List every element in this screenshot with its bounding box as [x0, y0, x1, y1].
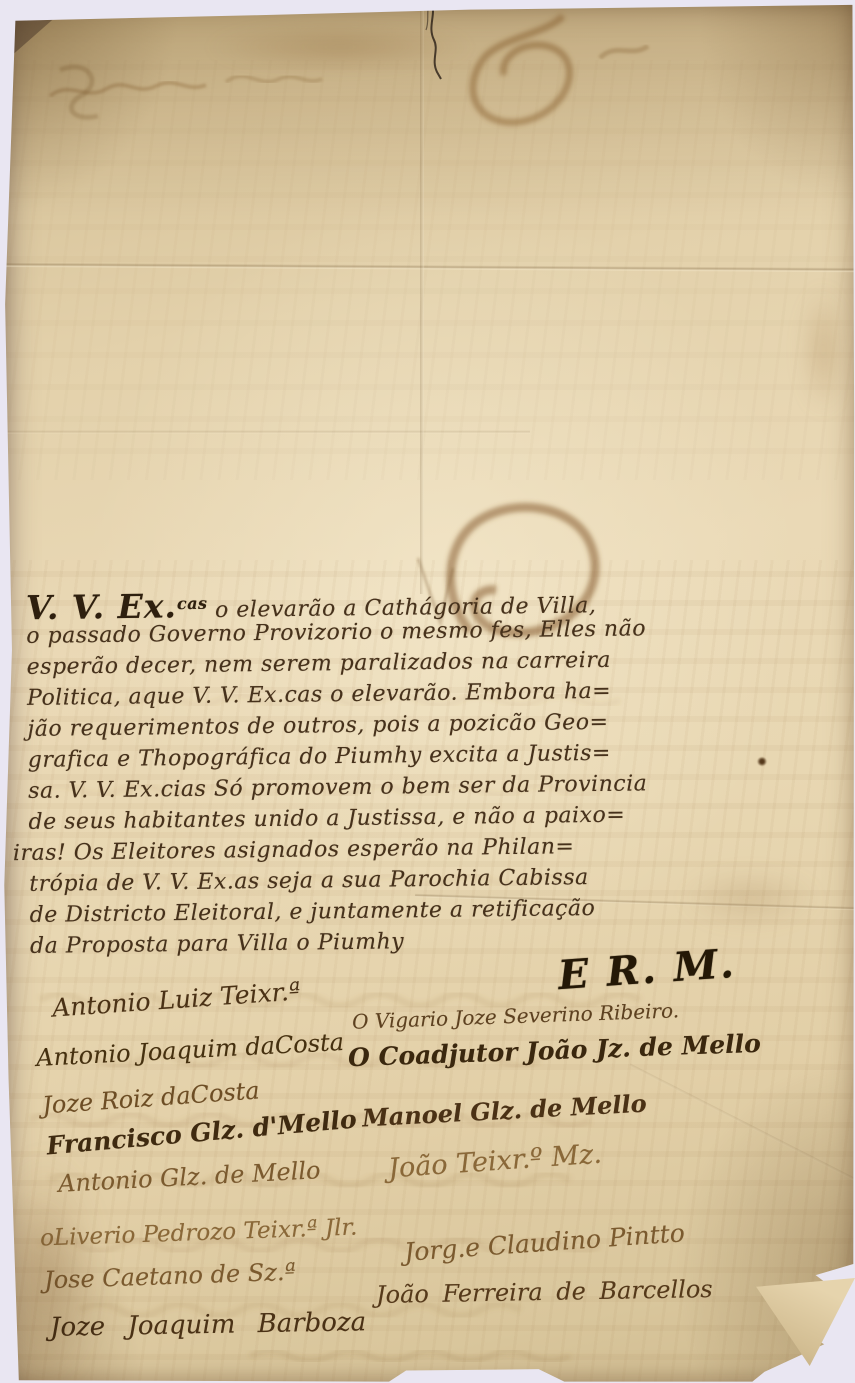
fold-crease-horizontal: [0, 262, 855, 272]
paper-sheet: V. V. Ex.cas o elevarão a Cathágoria de …: [0, 0, 855, 1383]
scanned-document: V. V. Ex.cas o elevarão a Cathágoria de …: [0, 0, 855, 1383]
fold-crease-vertical: [420, 4, 424, 594]
paper-stain: [800, 285, 846, 415]
edge-shadow: [9, 14, 59, 58]
signature: Jose Caetano de Sz.ª: [44, 1258, 297, 1295]
signature: João Ferreira de Barcellos: [376, 1275, 713, 1309]
signature: João Teixr.º Mz.: [387, 1139, 603, 1185]
torn-edge-notch: [0, 598, 11, 670]
signature: oLiverio Pedrozo Teixr.ª Jlr.: [40, 1214, 358, 1251]
manuscript-body: V. V. Ex.cas o elevarão a Cathágoria de …: [26, 582, 670, 962]
fold-crease-diagonal: [629, 1063, 855, 1229]
honorific-superscript: cas: [177, 594, 208, 613]
signature: O Coadjutor João Jz. de Mello: [348, 1029, 762, 1072]
signature: O Vigario Joze Severino Ribeiro.: [352, 998, 680, 1033]
paper-stain: [680, 868, 820, 928]
verso-showthrough-texture: [0, 60, 855, 480]
thread-fiber: [431, 1, 441, 79]
signature: Joze Roiz daCosta: [41, 1076, 260, 1119]
signature: Manoel Glz. de Mello: [361, 1089, 647, 1133]
fold-crease-horizontal: [0, 430, 530, 434]
flourish-blot-top: [473, 16, 570, 122]
signature: Joze Joaquim Barboza: [50, 1307, 367, 1343]
signature: Antonio Glz. de Mello: [57, 1156, 321, 1198]
signature: Antonio Joaquim daCosta: [35, 1028, 344, 1072]
signature: Jorg.e Claudino Pintto: [403, 1218, 685, 1267]
ink-spot: [757, 757, 767, 766]
signature: Antonio Luiz Teixr.ª: [51, 976, 301, 1022]
ink-stain: [205, 22, 475, 72]
